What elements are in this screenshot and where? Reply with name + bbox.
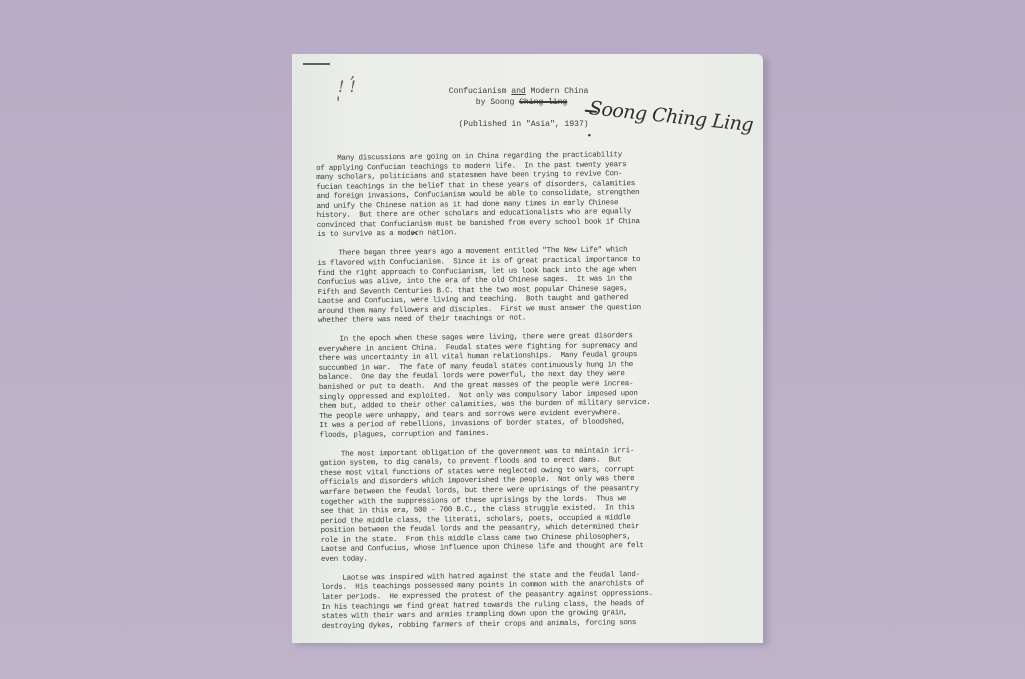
paragraph: Many discussions are going on in China r… [316, 150, 737, 241]
paragraph: There began three years ago a movement e… [317, 245, 738, 327]
paragraph: The most important obligation of the gov… [320, 446, 741, 566]
paragraph: Laotse was inspired with hatred against … [321, 570, 742, 632]
struck-author-name: Ching-ling [519, 98, 567, 107]
caret-ink-mark: ^ [410, 230, 419, 243]
document-title: Confucianism and Modern China [274, 86, 763, 97]
typewritten-page: , ! ! ' Confucianism and Modern China by… [292, 54, 763, 643]
paragraph: In the epoch when these sages were livin… [318, 331, 739, 441]
document-body: Many discussions are going on in China r… [316, 150, 742, 642]
margin-dash-mark [303, 63, 330, 65]
document-byline: by Soong Ching-ling [280, 97, 763, 108]
